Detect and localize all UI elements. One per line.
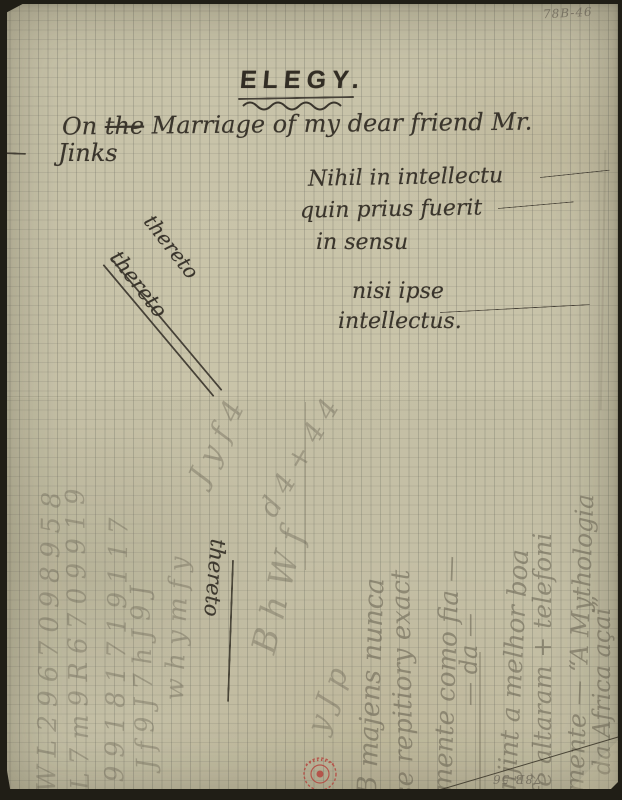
archival-code-bottom: 78B-56 xyxy=(492,772,542,786)
dedication-struck-word: the xyxy=(105,112,145,140)
practice-scribble-4: J f 9 J 7 h J 9 J xyxy=(126,585,162,770)
pencil-note-col4: — da — xyxy=(455,613,483,706)
epigraph-line4: nisi ipse xyxy=(352,279,444,304)
pen-stroke-1 xyxy=(540,170,610,178)
dedication-part2: Marriage of my dear friend Mr. xyxy=(144,108,533,140)
pen-stroke-3 xyxy=(440,304,590,313)
archival-code-top: 78B-46 xyxy=(543,5,593,22)
double-line-1 xyxy=(102,264,214,397)
epigraph-line3: in sensu xyxy=(316,230,408,255)
epigraph-line2: quin prius fuerit xyxy=(300,195,483,223)
vertical-crease-3 xyxy=(600,150,606,410)
scan-edge-left xyxy=(0,0,7,800)
epigraph-line1: Nihil in intellectu xyxy=(308,163,504,191)
dedication-part1: On xyxy=(62,112,105,140)
thereto-diagonal-2: thereto xyxy=(105,246,172,322)
scan-edge-top xyxy=(0,0,622,4)
pen-stroke-2 xyxy=(498,201,574,209)
practice-scribble-2: L 7 m 9 R 6 7 0 9 9 1 9 xyxy=(61,488,96,790)
horizontal-fold xyxy=(0,396,622,397)
pencil-note-col2: se repitiory exact xyxy=(386,569,420,800)
scan-edge-bottom xyxy=(0,789,622,800)
dedication-line2: Jinks xyxy=(58,139,118,167)
manuscript-page: 78B-46 ELEGY. On the Marriage of my dear… xyxy=(0,0,622,800)
practice-scribble-5: w h y m f y xyxy=(160,556,195,701)
double-line-2 xyxy=(110,258,222,391)
page-title: ELEGY. xyxy=(239,66,366,95)
title-underline xyxy=(238,96,354,100)
thereto-diagonal-1: thereto xyxy=(139,210,204,283)
scan-corner-top-left xyxy=(0,0,30,16)
scan-edge-right xyxy=(618,0,622,800)
dedication-line1: On the Marriage of my dear friend Mr. xyxy=(62,108,533,141)
